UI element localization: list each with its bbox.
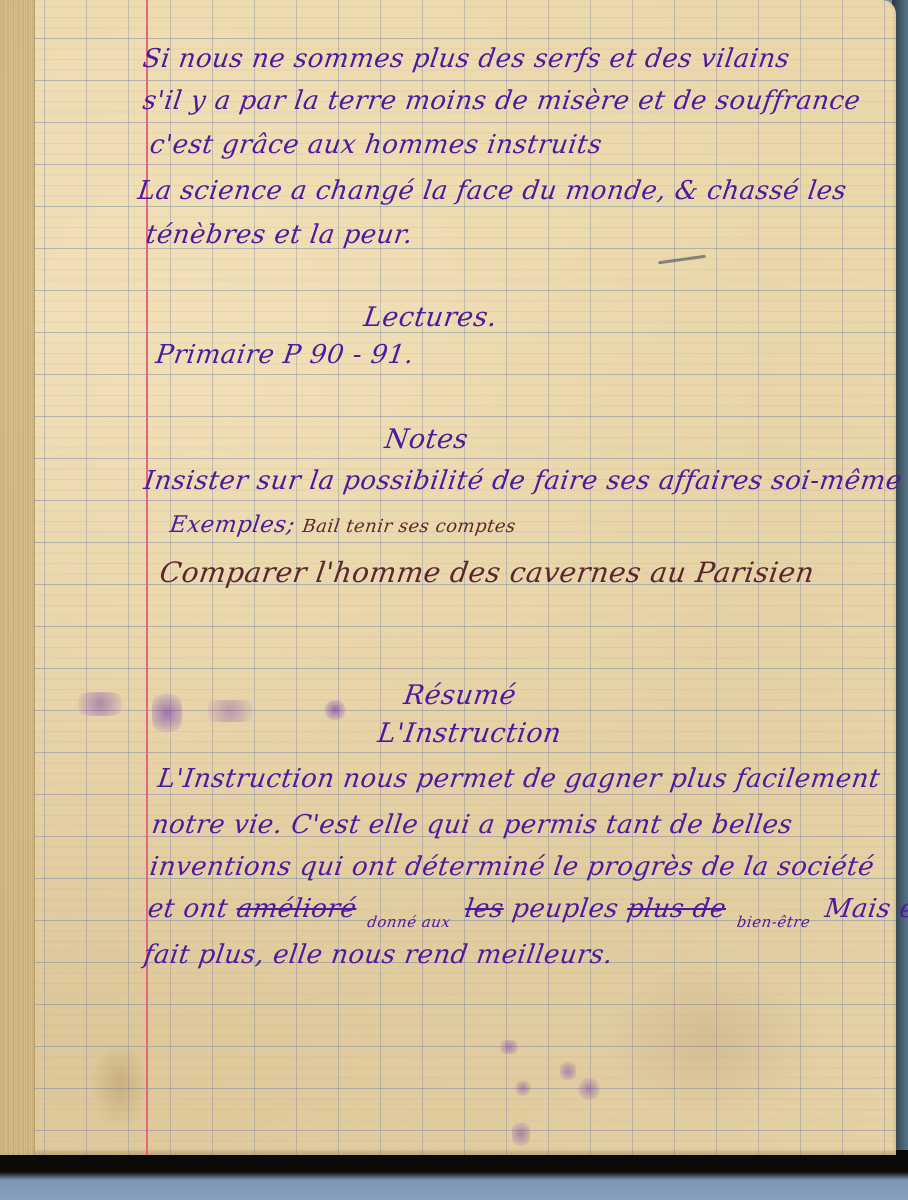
- notes-line-1: Insister sur la possibilité de faire ses…: [142, 466, 904, 496]
- resume-line-1: L'Instruction nous permet de gagner plus…: [156, 764, 882, 794]
- lectures-reference: Primaire P 90 - 91.: [154, 340, 416, 370]
- red-margin-line: [146, 0, 148, 1155]
- ink-smudge: [498, 1040, 520, 1054]
- ink-smudge: [324, 700, 346, 720]
- struck-word: amélioré: [235, 894, 359, 924]
- notes-heading: Notes: [383, 424, 470, 455]
- ink-smudge: [512, 1120, 530, 1148]
- correction-word: bien-être: [736, 913, 812, 931]
- resume-line-4: et ont amélioré donné aux les peuples pl…: [146, 894, 908, 924]
- scan-background-bottom: [0, 1150, 908, 1200]
- resume-line-4-end: Mais elle .: [823, 894, 908, 924]
- intro-line-3: c'est grâce aux hommes instruits: [148, 130, 604, 160]
- notes-line-2: Exemples; Bail tenir ses comptes: [168, 512, 518, 538]
- notebook-page: Si nous ne sommes plus des serfs et des …: [0, 0, 896, 1155]
- lectures-heading: Lectures.: [362, 302, 499, 333]
- resume-heading: Résumé: [402, 680, 518, 711]
- ink-smudge: [515, 1080, 531, 1096]
- resume-line-2: notre vie. C'est elle qui a permis tant …: [150, 810, 795, 840]
- correction-word: donné aux: [366, 913, 452, 931]
- ink-smudge: [578, 1078, 600, 1100]
- notes-examples-text: Bail tenir ses comptes: [301, 516, 517, 537]
- ink-smudge: [560, 1060, 576, 1082]
- struck-word: plus de: [625, 894, 728, 924]
- page-stack-edges: [0, 0, 35, 1155]
- notes-line-3: Comparer l'homme des cavernes au Parisie…: [158, 556, 817, 589]
- resume-line-4-middle: peuples: [510, 894, 620, 924]
- struck-word: les: [463, 894, 506, 924]
- intro-line-2: s'il y a par la terre moins de misère et…: [141, 86, 863, 116]
- intro-line-5: ténèbres et la peur.: [144, 220, 415, 250]
- resume-line-3: inventions qui ont déterminé le progrès …: [148, 852, 876, 882]
- resume-subheading: L'Instruction: [376, 718, 564, 749]
- resume-line-5: fait plus, elle nous rend meilleurs.: [142, 940, 615, 970]
- ink-smudge: [152, 690, 182, 736]
- intro-line-1: Si nous ne sommes plus des serfs et des …: [141, 44, 792, 74]
- ink-smudge: [72, 692, 128, 716]
- ink-smudge: [200, 700, 260, 722]
- intro-line-4: La science a changé la face du monde, & …: [136, 176, 849, 206]
- resume-line-4-start: et ont: [146, 894, 230, 924]
- notes-examples-label: Exemples;: [168, 512, 297, 538]
